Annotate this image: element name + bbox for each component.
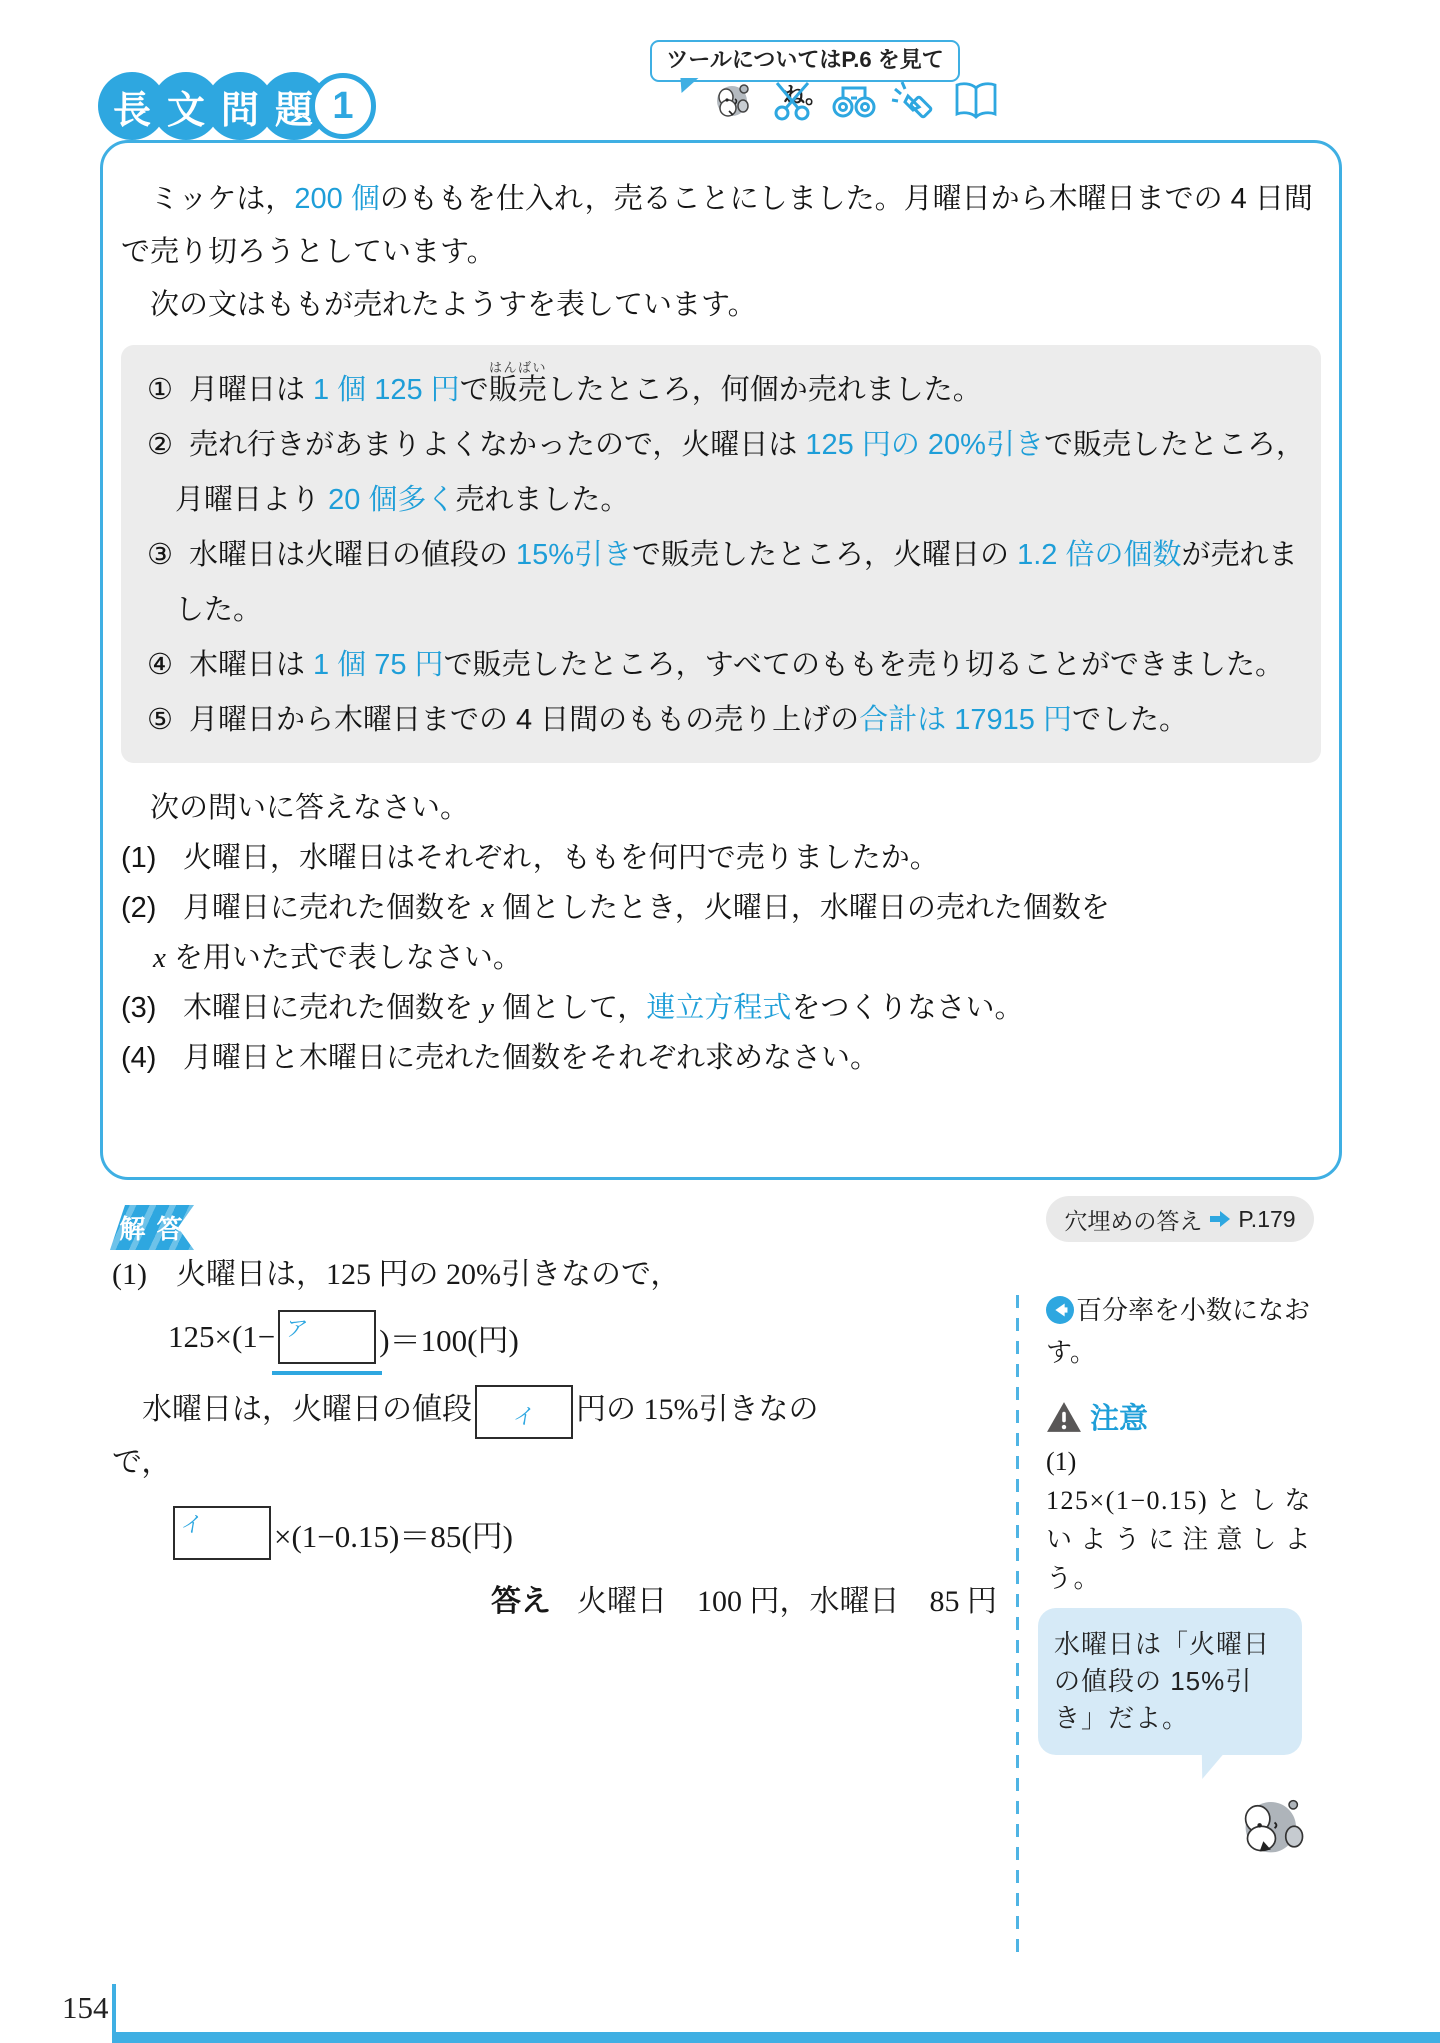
answer-line: (1)火曜日は，125 円の 20%引きなので， bbox=[112, 1252, 1007, 1298]
monkey-mascot bbox=[1226, 1788, 1310, 1872]
bottom-bar bbox=[112, 2032, 1440, 2043]
warning-icon bbox=[1046, 1401, 1082, 1433]
tool-icons-row bbox=[708, 76, 1000, 124]
fill-in-answer-pill: 穴埋めの答え P.179 bbox=[1046, 1196, 1314, 1242]
condition-item: ④木曜日は 1 個 75 円で販売したところ，すべてのももを売り切ることができま… bbox=[147, 638, 1309, 693]
intro-paragraph: 次の文はももが売れたようすを表しています。 bbox=[121, 279, 1321, 332]
question-item: (3)木曜日に売れた個数を y 個として，連立方程式をつくりなさい。 bbox=[121, 983, 1321, 1033]
question-item: (2)月曜日に売れた個数を x 個としたとき，火曜日，水曜日の売れた個数をx を… bbox=[121, 883, 1321, 983]
blank-box-b: イ bbox=[475, 1385, 573, 1439]
answer-line: で， bbox=[112, 1440, 1007, 1486]
caution-ref: (1) bbox=[1046, 1447, 1312, 1477]
book-icon bbox=[952, 76, 1000, 124]
condition-item: ②売れ行きがあまりよくなかったので，火曜日は 125 円の 20%引きで販売した… bbox=[147, 418, 1309, 528]
monkey-icon bbox=[708, 76, 756, 124]
formula-1: 125×(1− ア )＝100(円) bbox=[168, 1310, 1007, 1364]
right-arrow-icon bbox=[1208, 1209, 1232, 1229]
page-number: 154 bbox=[62, 1990, 109, 2026]
flashlight-icon bbox=[891, 76, 939, 124]
caution-heading: 注意 bbox=[1046, 1396, 1312, 1437]
point-note: 百分率を小数になおす。 bbox=[1046, 1290, 1312, 1374]
sidebar: 百分率を小数になおす。 注意 (1) 125×(1−0.15)としないように注意… bbox=[1046, 1290, 1312, 1598]
questions-prompt: 次の問いに答えなさい。 bbox=[121, 783, 1321, 833]
question-item: (4)月曜日と木曜日に売れた個数をそれぞれ求めなさい。 bbox=[121, 1033, 1321, 1083]
left-arrow-icon bbox=[1046, 1296, 1074, 1324]
caution-text: 125×(1−0.15)としないように注意しよう。 bbox=[1046, 1481, 1312, 1598]
scissors-icon bbox=[769, 76, 817, 124]
answer-section: (1)火曜日は，125 円の 20%引きなので， 125×(1− ア )＝100… bbox=[112, 1252, 1007, 1620]
dashed-divider bbox=[1016, 1295, 1019, 1955]
binoculars-icon bbox=[830, 76, 878, 124]
condition-item: ③水曜日は火曜日の値段の 15%引きで販売したところ，火曜日の 1.2 倍の個数… bbox=[147, 528, 1309, 638]
condition-item: ①月曜日は 1 個 125 円で販売はんばいしたところ，何個か売れました。 bbox=[147, 360, 1309, 418]
answer-line: 水曜日は，火曜日の値段イ円の 15%引きなの bbox=[112, 1380, 1007, 1440]
blank-box-a: ア bbox=[278, 1310, 376, 1364]
condition-item: ⑤月曜日から木曜日までの 4 日間のももの売り上げの合計は 17915 円でした… bbox=[147, 693, 1309, 748]
textbook-page: ツールについてはP.6 を見てね。 長 文 問 題 1 ミッケは，200 個のも… bbox=[0, 0, 1440, 2043]
problem-box: ミッケは，200 個のももを仕入れ，売ることにしました。月曜日から木曜日までの … bbox=[100, 140, 1342, 1180]
problem-number-badge: 1 bbox=[310, 73, 376, 139]
intro-paragraph: ミッケは，200 個のももを仕入れ，売ることにしました。月曜日から木曜日までの … bbox=[121, 173, 1321, 279]
problem-header: 長 文 問 題 1 bbox=[98, 72, 376, 140]
formula-2: イ ×(1−0.15)＝85(円) bbox=[170, 1506, 1007, 1560]
hint-bubble: 水曜日は「火曜日の値段の 15%引き」だよ。 bbox=[1038, 1608, 1302, 1755]
answer-badge: 解 答 bbox=[110, 1205, 194, 1250]
question-item: (1)火曜日，水曜日はそれぞれ，ももを何円で売りましたか。 bbox=[121, 833, 1321, 883]
conditions-box: ①月曜日は 1 個 125 円で販売はんばいしたところ，何個か売れました。 ②売… bbox=[121, 345, 1321, 763]
final-answer-line: 答え火曜日 100 円，水曜日 85 円 bbox=[112, 1576, 997, 1620]
blank-box-b2: イ bbox=[173, 1506, 271, 1560]
